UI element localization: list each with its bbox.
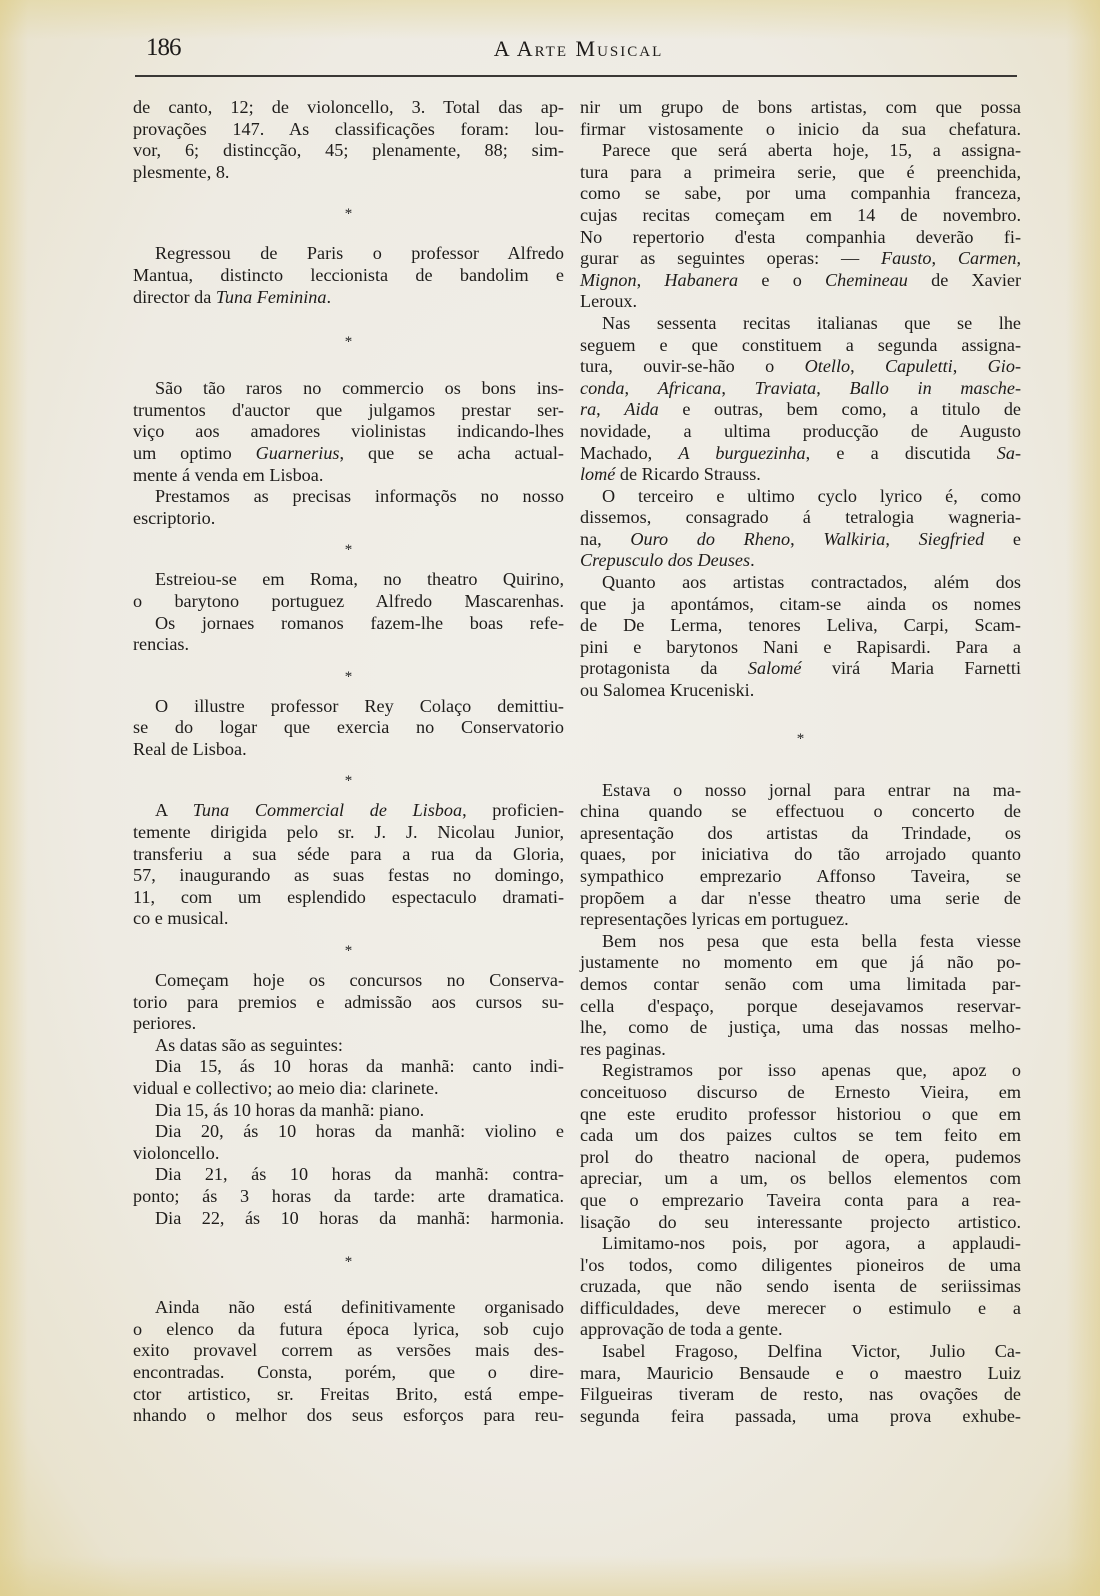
text-line: ou Salomea Kruceniski.	[580, 680, 1021, 702]
article-paragraph: São tão raros no commercio os bons ins-t…	[133, 378, 564, 529]
text-line: torio para premios e admissão aos cursos…	[133, 992, 564, 1014]
text-line: o elenco da futura época lyrica, sob cuj…	[133, 1319, 564, 1341]
text-line: A Tuna Commercial de Lisboa, proficien-	[133, 800, 564, 822]
text-line: que o emprezario Taveira conta para a re…	[580, 1190, 1021, 1212]
right-column: nir um grupo de bons artistas, com que p…	[580, 97, 1021, 1427]
text-line: encontradas. Consta, porém, que o dire-	[133, 1362, 564, 1384]
text-line: provações 147. As classificações foram: …	[133, 119, 564, 141]
page-header: 186 A Arte Musical	[136, 34, 1021, 64]
text-line: pini e barytonos Nani e Rapisardi. Para …	[580, 637, 1021, 659]
text-line: Regressou de Paris o professor Alfredo	[133, 243, 564, 265]
text-line: novidade, a ultima producção de Augusto	[580, 421, 1021, 443]
text-line: um optimo Guarnerius, que se acha actual…	[133, 443, 564, 465]
text-line: dissemos, consagrado á tetralogia wagner…	[580, 507, 1021, 529]
text-line: segunda feira passada, uma prova exhube-	[580, 1406, 1021, 1428]
text-line: na, Ouro do Rheno, Walkiria, Siegfried e	[580, 529, 1021, 551]
text-line: res paginas.	[580, 1039, 1021, 1061]
section-separator-asterisk: *	[133, 760, 564, 800]
text-line: apresentação dos artistas da Trindade, o…	[580, 823, 1021, 845]
text-line: representações lyricas em portuguez.	[580, 909, 1021, 931]
text-line: propõem a dar n'esse theatro uma serie d…	[580, 888, 1021, 910]
text-line: demos contar senão com uma limitada par-	[580, 974, 1021, 996]
text-line: No repertorio d'esta companhia deverão f…	[580, 227, 1021, 249]
text-line: cada um dos paizes cultos se tem feito e…	[580, 1125, 1021, 1147]
text-line: Dia 20, ás 10 horas da manhã: violino e	[133, 1121, 564, 1143]
text-line: Estreiou-se em Roma, no theatro Quirino,	[133, 569, 564, 591]
text-line: 57, inaugurando as suas festas no doming…	[133, 865, 564, 887]
text-line: Ainda não está definitivamente organisad…	[133, 1297, 564, 1319]
text-line: Dia 21, ás 10 horas da manhã: contra-	[133, 1164, 564, 1186]
text-line: Limitamo-nos pois, por agora, a applaudi…	[580, 1233, 1021, 1255]
section-separator-asterisk: *	[133, 656, 564, 696]
text-line: lomé de Ricardo Strauss.	[580, 464, 1021, 486]
running-title: A Arte Musical	[136, 36, 1021, 62]
text-line: de canto, 12; de violoncello, 3. Total d…	[133, 97, 564, 119]
article-paragraph: Estava o nosso jornal para entrar na ma-…	[580, 780, 1021, 1428]
text-line: Começam hoje os concursos no Conserva-	[133, 970, 564, 992]
text-line: firmar vistosamente o inicio da sua chef…	[580, 119, 1021, 141]
text-line: Real de Lisboa.	[133, 739, 564, 761]
text-line: As datas são as seguintes:	[133, 1035, 564, 1057]
text-line: Crepusculo dos Deuses.	[580, 550, 1021, 572]
text-line: nir um grupo de bons artistas, com que p…	[580, 97, 1021, 119]
left-column: de canto, 12; de violoncello, 3. Total d…	[133, 97, 564, 1427]
text-line: Bem nos pesa que esta bella festa viesse	[580, 931, 1021, 953]
text-line: co e musical.	[133, 908, 564, 930]
paper-edge-bottom	[0, 1556, 1100, 1596]
text-line: vor, 6; distincção, 45; plenamente, 88; …	[133, 140, 564, 162]
text-line: temente dirigida pelo sr. J. J. Nicolau …	[133, 822, 564, 844]
text-line: ponto; ás 3 horas da tarde: arte dramati…	[133, 1186, 564, 1208]
text-line: tura, ouvir-se-hão o Otello, Capuletti, …	[580, 356, 1021, 378]
text-line: prol do theatro nacional de opera, pudem…	[580, 1147, 1021, 1169]
text-line: lisação do seu interessante projecto art…	[580, 1212, 1021, 1234]
section-separator-asterisk: *	[133, 183, 564, 243]
section-separator-asterisk: *	[133, 529, 564, 569]
text-line: Dia 15, ás 10 horas da manhã: piano.	[133, 1100, 564, 1122]
text-line: se do logar que exercia no Conservatorio	[133, 717, 564, 739]
text-line: 11, com um esplendido espectaculo dramat…	[133, 887, 564, 909]
article-paragraph: A Tuna Commercial de Lisboa, proficien-t…	[133, 800, 564, 930]
text-line: Prestamos as precisas informaçõs no noss…	[133, 486, 564, 508]
text-line: viço aos amadores violinistas indicando-…	[133, 421, 564, 443]
text-line: São tão raros no commercio os bons ins-	[133, 378, 564, 400]
paper-edge-right	[1066, 0, 1100, 1596]
text-line: Isabel Fragoso, Delfina Victor, Julio Ca…	[580, 1341, 1021, 1363]
text-line: difficuldades, deve merecer o estimulo e…	[580, 1298, 1021, 1320]
text-line: Dia 22, ás 10 horas da manhã: harmonia.	[133, 1208, 564, 1230]
magazine-page: 186 A Arte Musical de canto, 12; de viol…	[0, 0, 1100, 1596]
text-line: Nas sessenta recitas italianas que se lh…	[580, 313, 1021, 335]
text-line: Dia 15, ás 10 horas da manhã: canto indi…	[133, 1056, 564, 1078]
text-line: lhe, como de justiça, uma das nossas mel…	[580, 1017, 1021, 1039]
section-separator-asterisk: *	[133, 308, 564, 378]
text-line: mente á venda em Lisboa.	[133, 465, 564, 487]
text-line: Quanto aos artistas contractados, além d…	[580, 572, 1021, 594]
section-separator-asterisk: *	[580, 702, 1021, 780]
text-line: Mignon, Habanera e o Chemineau de Xavier	[580, 270, 1021, 292]
paper-edge-left	[0, 0, 28, 1596]
text-line: protagonista da Salomé virá Maria Farnet…	[580, 658, 1021, 680]
text-line: ctor artistico, sr. Freitas Brito, está …	[133, 1384, 564, 1406]
text-line: director da Tuna Feminina.	[133, 287, 564, 309]
text-line: tura para a primeira serie, que é preenc…	[580, 162, 1021, 184]
text-line: plesmente, 8.	[133, 162, 564, 184]
text-line: vidual e collectivo; ao meio dia: clarin…	[133, 1078, 564, 1100]
text-line: gurar as seguintes operas: — Fausto, Car…	[580, 248, 1021, 270]
text-line: o barytono portuguez Alfredo Mascarenhas…	[133, 591, 564, 613]
text-line: approvação de toda a gente.	[580, 1319, 1021, 1341]
article-paragraph: Ainda não está definitivamente organisad…	[133, 1297, 564, 1427]
section-separator-asterisk: *	[133, 930, 564, 970]
text-line: Estava o nosso jornal para entrar na ma-	[580, 780, 1021, 802]
text-line: l'os todos, como diligentes pioneiros de…	[580, 1255, 1021, 1277]
text-line: seguem e que constituem a segunda assign…	[580, 335, 1021, 357]
text-line: O terceiro e ultimo cyclo lyrico é, como	[580, 486, 1021, 508]
text-line: periores.	[133, 1013, 564, 1035]
text-line: exito provavel correm as versões mais de…	[133, 1340, 564, 1362]
article-paragraph: Estreiou-se em Roma, no theatro Quirino,…	[133, 569, 564, 655]
text-line: O illustre professor Rey Colaço demittiu…	[133, 696, 564, 718]
article-paragraph: Regressou de Paris o professor AlfredoMa…	[133, 243, 564, 308]
text-line: transferiu a sua séde para a rua da Glor…	[133, 844, 564, 866]
text-line: Filgueiras tiveram de resto, nas ovações…	[580, 1384, 1021, 1406]
text-line: quaes, por iniciativa do tão arrojado qu…	[580, 844, 1021, 866]
text-line: cruzada, que não sendo isenta de seriiss…	[580, 1276, 1021, 1298]
text-line: qne este erudito professor historiou o q…	[580, 1104, 1021, 1126]
text-line: Parece que será aberta hoje, 15, a assig…	[580, 140, 1021, 162]
text-line: trumentos d'auctor que julgamos prestar …	[133, 400, 564, 422]
text-line: conceituoso discurso de Ernesto Vieira, …	[580, 1082, 1021, 1104]
article-paragraph: O illustre professor Rey Colaço demittiu…	[133, 696, 564, 761]
text-line: rencias.	[133, 634, 564, 656]
text-line: Os jornaes romanos fazem-lhe boas refe-	[133, 613, 564, 635]
text-line: conda, Africana, Traviata, Ballo in masc…	[580, 378, 1021, 400]
text-line: escriptorio.	[133, 508, 564, 530]
text-line: violoncello.	[133, 1143, 564, 1165]
article-paragraph: Começam hoje os concursos no Conserva-to…	[133, 970, 564, 1229]
text-line: como se sabe, por uma companhia franceza…	[580, 183, 1021, 205]
header-rule	[135, 75, 1017, 77]
text-line: cella d'espaço, porque desejavamos reser…	[580, 996, 1021, 1018]
text-line: Leroux.	[580, 291, 1021, 313]
text-line: cujas recitas começam em 14 de novembro.	[580, 205, 1021, 227]
text-line: Mantua, distincto leccionista de bandoli…	[133, 265, 564, 287]
text-line: china quando se effectuou o concerto de	[580, 801, 1021, 823]
section-separator-asterisk: *	[133, 1229, 564, 1297]
article-paragraph: nir um grupo de bons artistas, com que p…	[580, 97, 1021, 702]
text-line: Registramos por isso apenas que, apoz o	[580, 1060, 1021, 1082]
text-line: mara, Mauricio Bensaude e o maestro Luiz	[580, 1363, 1021, 1385]
text-line: Machado, A burguezinha, e a discutida Sa…	[580, 443, 1021, 465]
text-line: ra, Aida e outras, bem como, a titulo de	[580, 399, 1021, 421]
text-line: justamente no momento em que já não po-	[580, 952, 1021, 974]
text-line: apreciar, um a um, os bellos elementos c…	[580, 1168, 1021, 1190]
text-line: nhando o melhor dos seus esforços para r…	[133, 1405, 564, 1427]
text-line: de De Lerma, tenores Leliva, Carpi, Scam…	[580, 615, 1021, 637]
article-paragraph: de canto, 12; de violoncello, 3. Total d…	[133, 97, 564, 183]
text-line: sympathico emprezario Affonso Taveira, s…	[580, 866, 1021, 888]
text-line: que ja apontámos, citam-se ainda os nome…	[580, 594, 1021, 616]
